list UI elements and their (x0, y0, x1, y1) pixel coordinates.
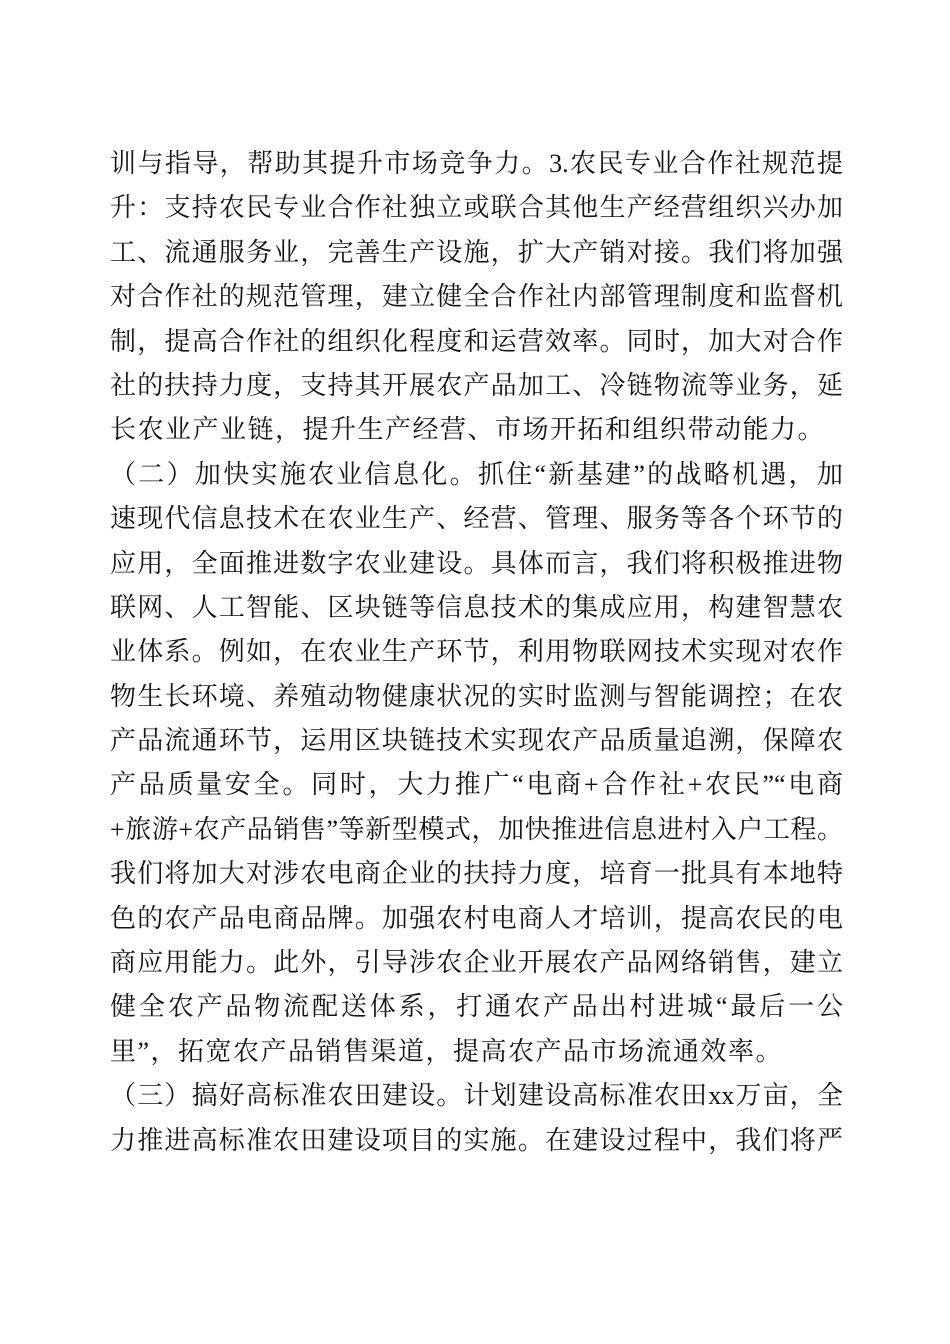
text-line: 商应用能力。此外，引导涉农企业开展农产品网络销售，建立 (110, 941, 843, 985)
text-line: 业体系。例如，在农业生产环节，利用物联网技术实现对农作 (110, 630, 843, 674)
text-line: 对合作社的规范管理，建立健全合作社内部管理制度和监督机 (110, 275, 843, 319)
text-line: 工、流通服务业，完善生产设施，扩大产销对接。我们将加强 (110, 231, 843, 275)
text-line: 制，提高合作社的组织化程度和运营效率。同时，加大对合作 (110, 320, 843, 364)
text-line: 力推进高标准农田建设项目的实施。在建设过程中，我们将严 (110, 1119, 843, 1163)
text-line: 健全农产品物流配送体系，打通农产品出村进城“最后一公 (110, 985, 843, 1029)
text-line: 物生长环境、养殖动物健康状况的实时监测与智能调控；在农 (110, 675, 843, 719)
text-line: 里”，拓宽农产品销售渠道，提高农产品市场流通效率。 (110, 1030, 843, 1074)
document-page: 训与指导，帮助其提升市场竞争力。3.农民专业合作社规范提升：支持农民专业合作社独… (0, 0, 950, 1344)
text-line: 联网、人工智能、区块链等信息技术的集成应用，构建智慧农 (110, 586, 843, 630)
text-line: 色的农产品电商品牌。加强农村电商人才培训，提高农民的电 (110, 897, 843, 941)
text-line: （三）搞好高标准农田建设。计划建设高标准农田xx万亩，全 (110, 1074, 843, 1118)
text-line: 产品流通环节，运用区块链技术实现农产品质量追溯，保障农 (110, 719, 843, 763)
text-line: 社的扶持力度，支持其开展农产品加工、冷链物流等业务，延 (110, 364, 843, 408)
text-line: 速现代信息技术在农业生产、经营、管理、服务等各个环节的 (110, 497, 843, 541)
text-line: 应用，全面推进数字农业建设。具体而言，我们将积极推进物 (110, 542, 843, 586)
text-line: 升：支持农民专业合作社独立或联合其他生产经营组织兴办加 (110, 186, 843, 230)
text-line: （二）加快实施农业信息化。抓住“新基建”的战略机遇，加 (110, 453, 843, 497)
text-line: 长农业产业链，提升生产经营、市场开拓和组织带动能力。 (110, 408, 843, 452)
document-body: 训与指导，帮助其提升市场竞争力。3.农民专业合作社规范提升：支持农民专业合作社独… (110, 142, 843, 1163)
text-line: 我们将加大对涉农电商企业的扶持力度，培育一批具有本地特 (110, 852, 843, 896)
text-line: +旅游+农产品销售”等新型模式，加快推进信息进村入户工程。 (110, 808, 843, 852)
text-line: 训与指导，帮助其提升市场竞争力。3.农民专业合作社规范提 (110, 142, 843, 186)
text-line: 产品质量安全。同时，大力推广“电商+合作社+农民”“电商 (110, 763, 843, 807)
